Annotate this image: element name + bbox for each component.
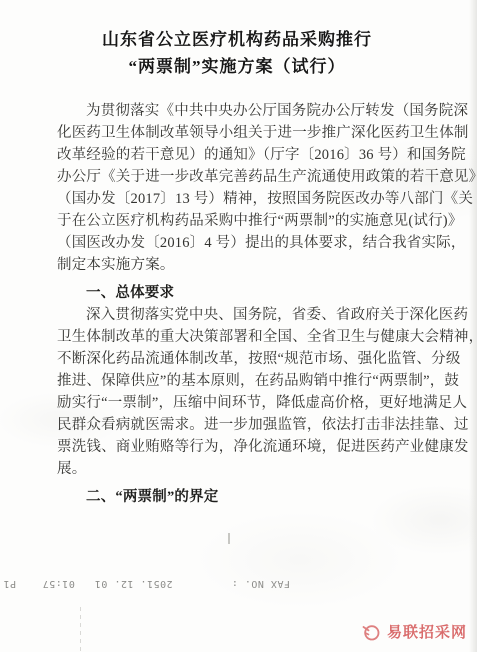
document-body: 为贯彻落实《中共中央办公厅国务院办公厅转发（国务院深化医药卫生体制改革领导小组关… [57, 100, 417, 508]
doc-paragraph: 为贯彻落实《中共中央办公厅国务院办公厅转发（国务院深化医药卫生体制改革领导小组关… [57, 100, 417, 276]
scanned-document-page: 山东省公立医疗机构药品采购推行 “两票制”实施方案（试行） 为贯彻落实《中共中央… [0, 0, 477, 652]
text-line: 化医药卫生体制改革领导小组关于进一步推广深化医药卫生体制 [57, 122, 417, 144]
text-line: （国办发〔2017〕13 号）精神，按照国务院医改办等八部门《关 [57, 188, 417, 210]
text-line: 不断深化药品流通体制改革，按照“规范市场、强化监管、分级 [57, 348, 417, 370]
text-line: （国医改办发〔2016〕4 号）提出的具体要求，结合我省实际， [57, 232, 417, 254]
scan-tick-mark [228, 533, 230, 544]
document-title-line-2: “两票制”实施方案（试行） [57, 53, 417, 80]
text-line: 一、总体要求 [57, 282, 417, 304]
text-line: 于在公立医疗机构药品采购中推行“两票制”的实施意见(试行)》 [57, 210, 417, 232]
document-title: 山东省公立医疗机构药品采购推行 “两票制”实施方案（试行） [57, 26, 417, 80]
document-content: 山东省公立医疗机构药品采购推行 “两票制”实施方案（试行） 为贯彻落实《中共中央… [0, 0, 477, 508]
text-line: 深入贯彻落实党中央、国务院，省委、省政府关于深化医药 [57, 304, 417, 326]
section-heading: 一、总体要求 [57, 282, 417, 304]
text-line: 办公厅《关于进一步改革完善药品生产流通使用政策的若干意见》 [57, 166, 417, 188]
text-line: 卫生体制改革的重大决策部署和全国、全省卫生与健康大会精神， [57, 326, 417, 348]
watermark-logo-icon [361, 622, 381, 642]
text-line: 民群众看病就医需求。进一步加强监管，依法打击非法挂靠、过 [57, 414, 417, 436]
text-line: 改革经验的若干意见）的通知》（厅字〔2016〕36 号）和国务院 [57, 144, 417, 166]
text-line: 展。 [57, 458, 417, 480]
document-title-line-1: 山东省公立医疗机构药品采购推行 [57, 26, 417, 53]
text-line: 制定本实施方案。 [57, 254, 417, 276]
text-line: 为贯彻落实《中共中央办公厅国务院办公厅转发（国务院深 [57, 100, 417, 122]
doc-paragraph: 深入贯彻落实党中央、国务院，省委、省政府关于深化医药卫生体制改革的重大决策部署和… [57, 304, 417, 480]
scan-dash-artifact [80, 607, 81, 652]
section-heading: 二、“两票制”的界定 [57, 486, 417, 508]
fax-stamp: FAX NO. : 2051. 12. 01 01:57 P1 [28, 578, 290, 589]
watermark: 易联招采网 [361, 621, 467, 642]
text-line: 推进、保障供应”的基本原则，在药品购销中推行“两票制”，鼓 [57, 370, 417, 392]
text-line: 票洗钱、商业贿赂等行为，净化流通环境，促进医药产业健康发 [57, 436, 417, 458]
text-line: 二、“两票制”的界定 [57, 486, 417, 508]
text-line: 励实行“一票制”，压缩中间环节，降低虚高价格，更好地满足人 [57, 392, 417, 414]
watermark-text: 易联招采网 [387, 621, 467, 642]
